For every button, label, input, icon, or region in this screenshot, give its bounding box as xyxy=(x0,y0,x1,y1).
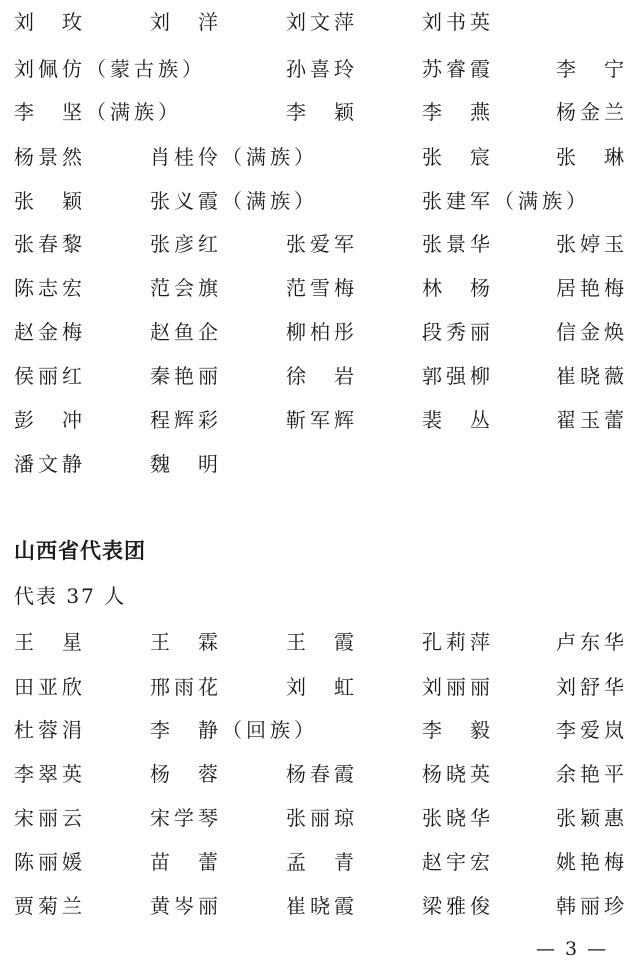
delegate-name: 卢东华 xyxy=(556,620,628,664)
delegate-name: 肖桂伶（满族） xyxy=(150,135,318,179)
name-row: 田亚欣 邢雨花 刘 虹 刘丽丽 刘舒华 xyxy=(0,665,644,709)
delegate-name: 赵宇宏 xyxy=(422,840,494,884)
name-row: 彭 冲 程辉彩 靳军辉 裴 丛 翟玉蕾 xyxy=(0,398,644,442)
name-row: 宋丽云 宋学琴 张丽琼 张晓华 张颖惠 xyxy=(0,796,644,840)
delegate-name: 刘书英 xyxy=(422,0,494,44)
delegate-name: 秦艳丽 xyxy=(150,354,222,398)
delegate-name: 贾菊兰 xyxy=(14,884,86,928)
delegate-name: 田亚欣 xyxy=(14,665,86,709)
delegate-name: 刘佩仿（蒙古族） xyxy=(14,47,206,91)
delegate-name: 潘文静 xyxy=(14,442,86,486)
delegate-name: 张丽琼 xyxy=(286,796,358,840)
delegate-name: 王 霖 xyxy=(150,620,222,664)
delegate-name: 张 颖 xyxy=(14,179,86,223)
delegate-name: 邢雨花 xyxy=(150,665,222,709)
delegate-name: 梁雅俊 xyxy=(422,884,494,928)
delegate-name: 李 静（回族） xyxy=(150,708,318,752)
name-row: 李翠英 杨 蓉 杨春霞 杨晓英 余艳平 xyxy=(0,752,644,796)
delegate-name: 张景华 xyxy=(422,222,494,266)
delegate-name: 刘 虹 xyxy=(286,665,358,709)
name-row: 张 颖 张义霞（满族） 张建军（满族） xyxy=(0,179,644,223)
delegate-name: 杨景然 xyxy=(14,135,86,179)
delegate-name: 宋学琴 xyxy=(150,796,222,840)
delegate-name: 徐 岩 xyxy=(286,354,358,398)
delegate-name: 魏 明 xyxy=(150,442,222,486)
delegate-name: 翟玉蕾 xyxy=(556,398,628,442)
delegate-name: 黄岑丽 xyxy=(150,884,222,928)
delegate-name: 李 宁 xyxy=(556,47,628,91)
delegate-name: 张彦红 xyxy=(150,222,222,266)
delegate-name: 孔莉萍 xyxy=(422,620,494,664)
delegate-name: 李 坚（满族） xyxy=(14,90,182,134)
delegate-name: 张晓华 xyxy=(422,796,494,840)
delegate-name: 苏睿霞 xyxy=(422,47,494,91)
delegate-name: 王 星 xyxy=(14,620,86,664)
delegate-name: 杜蓉涓 xyxy=(14,708,86,752)
delegate-name: 刘 玫 xyxy=(14,0,86,44)
delegate-name: 程辉彩 xyxy=(150,398,222,442)
name-row: 刘 玫 刘 洋 刘文萍 刘书英 xyxy=(0,0,644,44)
delegate-name: 李 燕 xyxy=(422,90,494,134)
name-row: 杜蓉涓 李 静（回族） 李 毅 李爱岚 xyxy=(0,708,644,752)
page-number: — 3 — xyxy=(536,938,608,960)
delegate-name: 陈志宏 xyxy=(14,266,86,310)
delegate-name: 宋丽云 xyxy=(14,796,86,840)
delegate-name: 张 宸 xyxy=(422,135,494,179)
delegate-name: 刘丽丽 xyxy=(422,665,494,709)
delegate-name: 韩丽珍 xyxy=(556,884,628,928)
delegate-name: 姚艳梅 xyxy=(556,840,628,884)
delegate-name: 崔晓薇 xyxy=(556,354,628,398)
delegate-name: 张建军（满族） xyxy=(422,179,590,223)
name-row: 李 坚（满族） 李 颖 李 燕 杨金兰 xyxy=(0,90,644,134)
delegate-name: 柳柏彤 xyxy=(286,310,358,354)
delegate-name: 崔晓霞 xyxy=(286,884,358,928)
delegate-name: 张颖惠 xyxy=(556,796,628,840)
delegate-name: 李 颖 xyxy=(286,90,358,134)
delegation-title: 山西省代表团 xyxy=(14,535,146,565)
delegate-name: 居艳梅 xyxy=(556,266,628,310)
delegate-name: 王 霞 xyxy=(286,620,358,664)
delegate-name: 刘舒华 xyxy=(556,665,628,709)
delegate-name: 孙喜玲 xyxy=(286,47,358,91)
delegate-name: 范雪梅 xyxy=(286,266,358,310)
delegate-name: 范会旗 xyxy=(150,266,222,310)
delegate-name: 张义霞（满族） xyxy=(150,179,318,223)
delegate-name: 杨金兰 xyxy=(556,90,628,134)
delegate-name: 李翠英 xyxy=(14,752,86,796)
name-row: 潘文静 魏 明 xyxy=(0,442,644,486)
name-row: 王 星 王 霖 王 霞 孔莉萍 卢东华 xyxy=(0,620,644,664)
delegate-name: 杨晓英 xyxy=(422,752,494,796)
delegate-name: 李爱岚 xyxy=(556,708,628,752)
delegate-count: 代表 37 人 xyxy=(14,580,126,609)
delegate-name: 杨 蓉 xyxy=(150,752,222,796)
delegate-name: 赵金梅 xyxy=(14,310,86,354)
delegate-name: 侯丽红 xyxy=(14,354,86,398)
delegate-name: 孟 青 xyxy=(286,840,358,884)
name-row: 侯丽红 秦艳丽 徐 岩 郭强柳 崔晓薇 xyxy=(0,354,644,398)
delegate-name: 彭 冲 xyxy=(14,398,86,442)
delegate-name: 段秀丽 xyxy=(422,310,494,354)
name-row: 杨景然 肖桂伶（满族） 张 宸 张 琳 xyxy=(0,135,644,179)
delegate-name: 靳军辉 xyxy=(286,398,358,442)
name-row: 张春黎 张彦红 张爱军 张景华 张婷玉 xyxy=(0,222,644,266)
delegate-name: 余艳平 xyxy=(556,752,628,796)
delegate-name: 刘 洋 xyxy=(150,0,222,44)
delegate-name: 陈丽媛 xyxy=(14,840,86,884)
delegate-name: 张春黎 xyxy=(14,222,86,266)
delegate-name: 杨春霞 xyxy=(286,752,358,796)
delegate-name: 张爱军 xyxy=(286,222,358,266)
delegate-name: 赵鱼企 xyxy=(150,310,222,354)
delegate-name: 李 毅 xyxy=(422,708,494,752)
delegate-name: 裴 丛 xyxy=(422,398,494,442)
delegate-name: 信金焕 xyxy=(556,310,628,354)
name-row: 刘佩仿（蒙古族） 孙喜玲 苏睿霞 李 宁 xyxy=(0,47,644,91)
delegate-name: 林 杨 xyxy=(422,266,494,310)
name-row: 赵金梅 赵鱼企 柳柏彤 段秀丽 信金焕 xyxy=(0,310,644,354)
delegate-name: 张 琳 xyxy=(556,135,628,179)
name-row: 陈志宏 范会旗 范雪梅 林 杨 居艳梅 xyxy=(0,266,644,310)
delegate-name: 苗 蕾 xyxy=(150,840,222,884)
delegate-name: 郭强柳 xyxy=(422,354,494,398)
name-row: 陈丽媛 苗 蕾 孟 青 赵宇宏 姚艳梅 xyxy=(0,840,644,884)
delegate-name: 张婷玉 xyxy=(556,222,628,266)
delegate-name: 刘文萍 xyxy=(286,0,358,44)
name-row: 贾菊兰 黄岑丽 崔晓霞 梁雅俊 韩丽珍 xyxy=(0,884,644,928)
